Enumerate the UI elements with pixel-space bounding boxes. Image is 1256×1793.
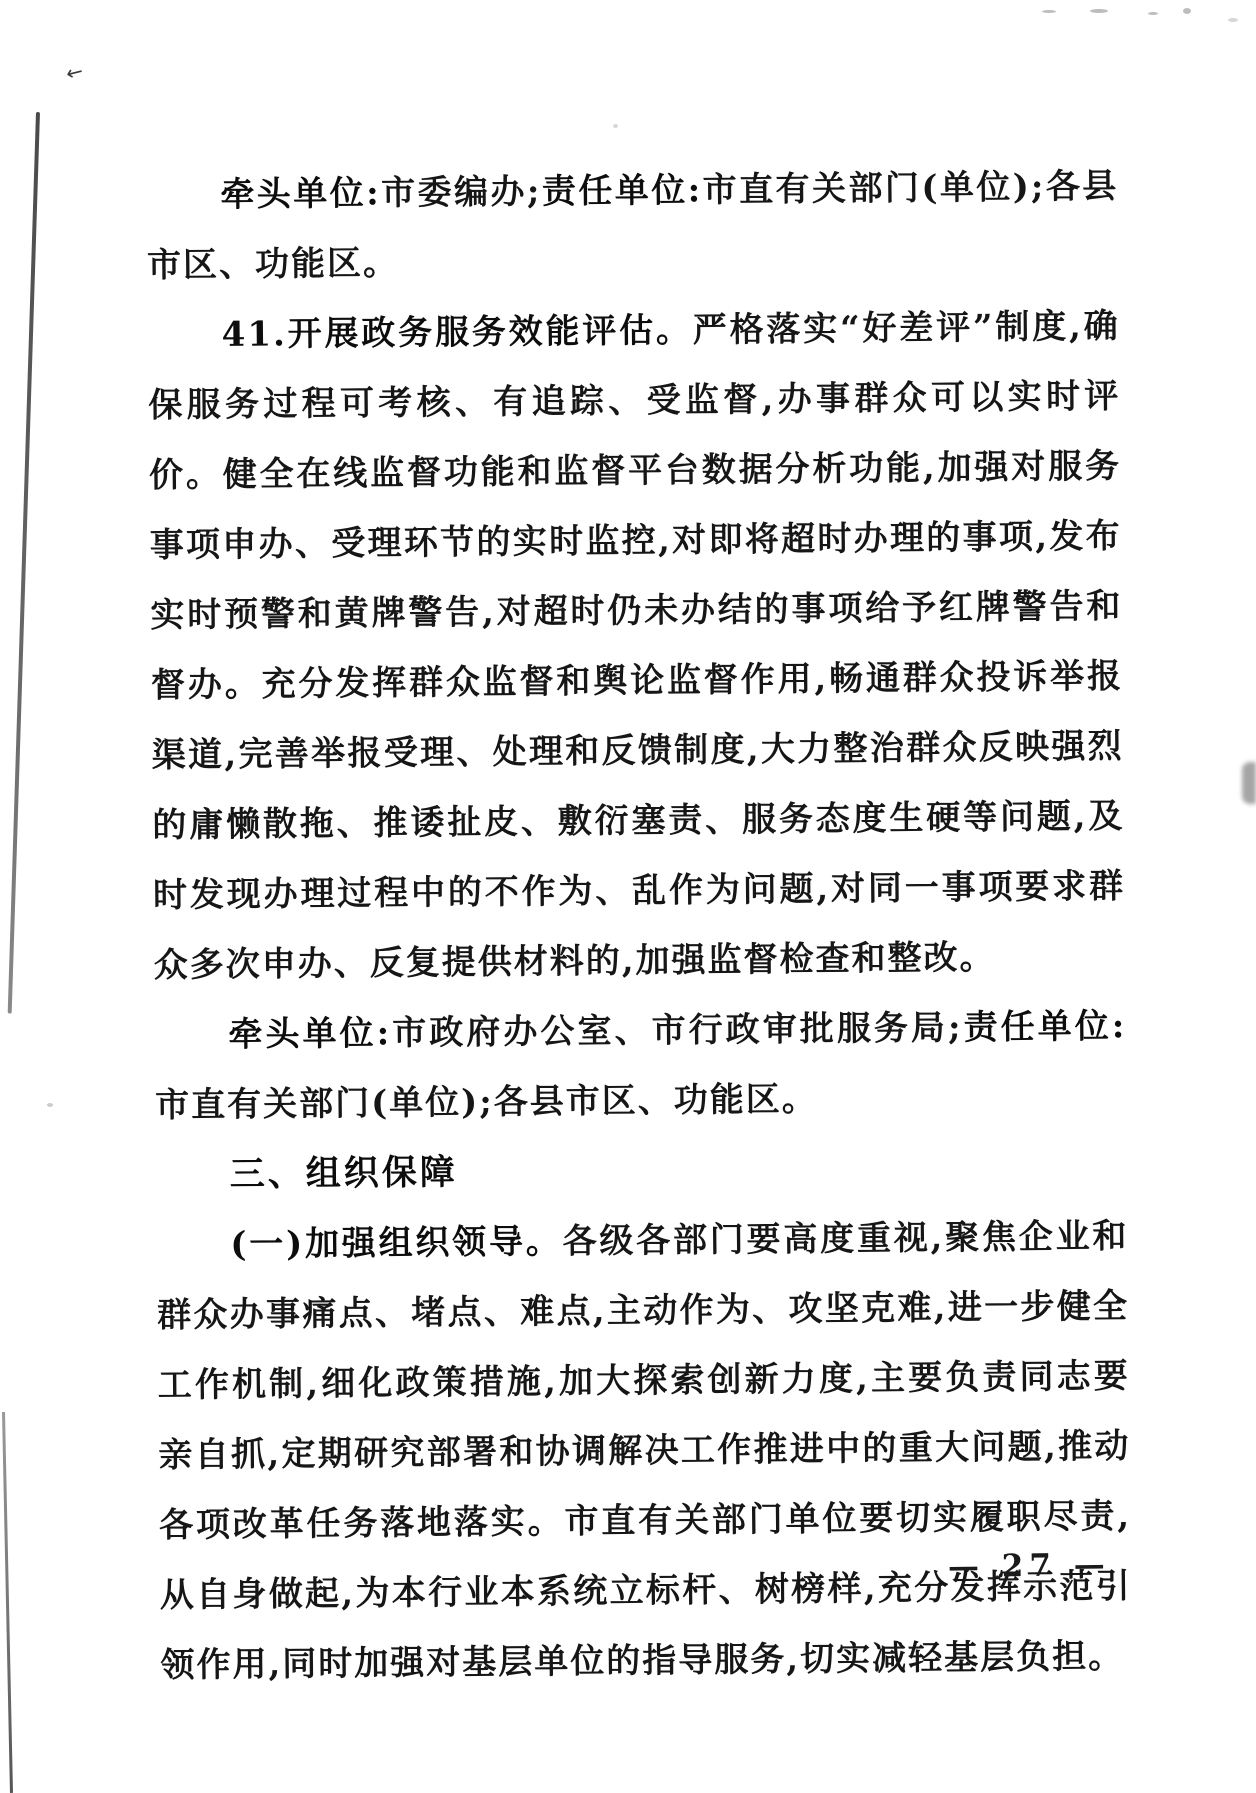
paragraph-lead-unit-2: 牵头单位:市政府办公室、市行政审批服务局;责任单位:市直有关部门(单位);各县市… <box>154 991 1127 1140</box>
section-heading-3: 三、组织保障 <box>155 1131 1128 1210</box>
responsible-unit-label: 责任单位: <box>541 170 702 212</box>
responsible-unit-label: 责任单位: <box>962 1006 1126 1048</box>
scan-fold-line-top <box>8 112 40 1014</box>
pen-mark-arrow: ← <box>63 58 85 85</box>
lead-unit-value: 市委编办; <box>380 172 541 214</box>
scan-speck <box>613 124 618 128</box>
scan-speck <box>1042 10 1056 13</box>
section3-item1-body: 各级各部门要高度重视,聚焦企业和群众办事痛点、堵点、难点,主动作为、攻坚克难,进… <box>157 1216 1132 1685</box>
scan-speck <box>1148 12 1158 15</box>
scan-fold-line-bottom <box>2 1412 13 1793</box>
paragraph-section3-item1: (一)加强组织领导。各级各部门要高度重视,聚焦企业和群众办事痛点、堵点、难点,主… <box>156 1201 1133 1700</box>
item-41-title: 41.开展政务服务效能评估。 <box>222 310 693 355</box>
responsible-unit-value: 市直有关部门(单位);各县市区、功能区。 <box>155 1079 818 1125</box>
lead-unit-label: 牵头单位: <box>220 173 381 215</box>
scan-smudge-right-edge <box>1242 762 1256 804</box>
item-41-body: 严格落实“好差评”制度,确保服务过程可考核、有追踪、受监督,办事群众可以实时评价… <box>148 306 1125 985</box>
lead-unit-value: 市政府办公室、市行政审批服务局; <box>391 1008 963 1053</box>
document-body: 牵头单位:市委编办;责任单位:市直有关部门(单位);各县市区、功能区。 41.开… <box>146 151 1133 1700</box>
lead-unit-label: 牵头单位: <box>228 1013 391 1055</box>
scan-speck <box>1228 18 1238 22</box>
page-number: — 27 — <box>948 1547 1111 1585</box>
scan-speck <box>47 1103 53 1107</box>
paragraph-lead-unit-1: 牵头单位:市委编办;责任单位:市直有关部门(单位);各县市区、功能区。 <box>146 151 1119 300</box>
scanned-document-page: ← 牵头单位:市委编办;责任单位:市直有关部门(单位);各县市区、功能区。 41… <box>0 0 1256 1793</box>
paragraph-item-41: 41.开展政务服务效能评估。严格落实“好差评”制度,确保服务过程可考核、有追踪、… <box>147 291 1126 1000</box>
scan-speck <box>1090 9 1108 13</box>
section3-item1-title: (一)加强组织领导。 <box>230 1222 563 1265</box>
scan-speck <box>1183 8 1191 14</box>
